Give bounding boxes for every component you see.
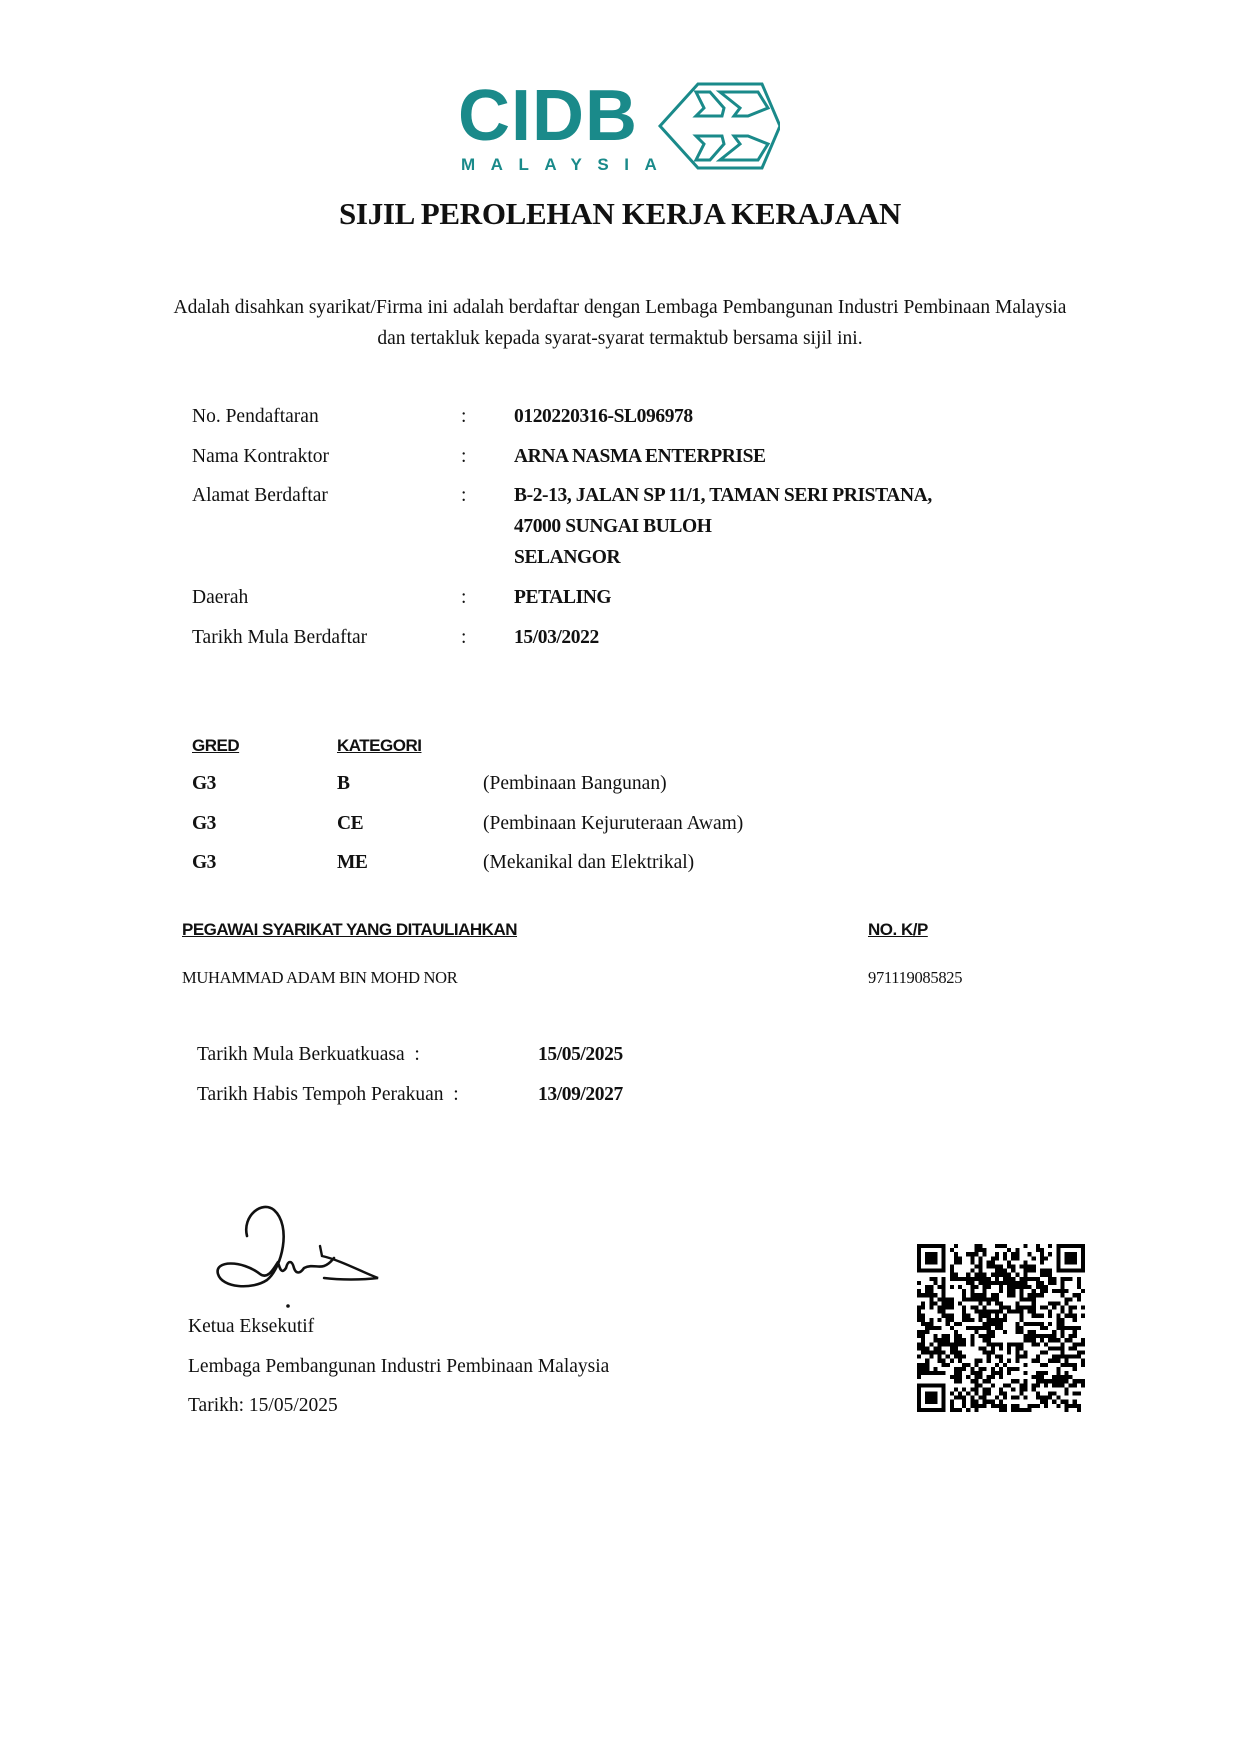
- grade-row-2-grade: G3: [192, 813, 216, 835]
- logo-emblem-icon: [660, 84, 780, 168]
- officer-header: PEGAWAI SYARIKAT YANG DITAULIAHKAN: [182, 920, 517, 940]
- signatory-position: Ketua Eksekutif: [188, 1316, 314, 1338]
- grade-row-3-category: ME: [337, 852, 367, 874]
- registration-no-label: No. Pendaftaran: [192, 406, 319, 428]
- logo-subtitle: MALAYSIA: [461, 155, 672, 174]
- colon: :: [461, 587, 466, 609]
- colon: :: [461, 446, 466, 468]
- grade-row-3-grade: G3: [192, 852, 216, 874]
- intro-paragraph: Adalah disahkan syarikat/Firma ini adala…: [160, 292, 1080, 354]
- colon: :: [461, 485, 466, 507]
- contractor-name-label: Nama Kontraktor: [192, 446, 329, 468]
- address-line-2: 47000 SUNGAI BULOH: [514, 516, 712, 538]
- grade-row-2-category: CE: [337, 813, 363, 835]
- grade-row-1-category: B: [337, 773, 350, 795]
- grade-row-3-description: (Mekanikal dan Elektrikal): [483, 852, 694, 874]
- signatory-date: Tarikh: 15/05/2025: [188, 1395, 338, 1417]
- grade-row-2-description: (Pembinaan Kejuruteraan Awam): [483, 813, 743, 835]
- grade-row-1-grade: G3: [192, 773, 216, 795]
- district-value: PETALING: [514, 587, 611, 609]
- validity-start-label: Tarikh Mula Berkuatkuasa :: [197, 1044, 420, 1066]
- grade-row-1-description: (Pembinaan Bangunan): [483, 773, 667, 795]
- category-header: KATEGORI: [337, 736, 421, 756]
- officer-id-no: 971119085825: [868, 968, 962, 988]
- logo-wordmark: CIDB: [458, 78, 638, 156]
- address-label: Alamat Berdaftar: [192, 485, 328, 507]
- registration-date-label: Tarikh Mula Berdaftar: [192, 627, 367, 649]
- officer-name: MUHAMMAD ADAM BIN MOHD NOR: [182, 968, 457, 988]
- certificate-title: SIJIL PEROLEHAN KERJA KERAJAAN: [0, 196, 1240, 232]
- cidb-logo: CIDB MALAYSIA: [458, 78, 780, 174]
- colon: :: [461, 627, 466, 649]
- registration-no-value: 0120220316-SL096978: [514, 406, 693, 428]
- address-line-1: B-2-13, JALAN SP 11/1, TAMAN SERI PRISTA…: [514, 485, 932, 507]
- registration-date-value: 15/03/2022: [514, 627, 599, 649]
- id-no-header: NO. K/P: [868, 920, 928, 940]
- contractor-name-value: ARNA NASMA ENTERPRISE: [514, 446, 766, 468]
- signature-image: [212, 1198, 392, 1308]
- colon: :: [461, 406, 466, 428]
- signatory-organization: Lembaga Pembangunan Industri Pembinaan M…: [188, 1356, 609, 1378]
- district-label: Daerah: [192, 587, 248, 609]
- address-line-3: SELANGOR: [514, 547, 620, 569]
- qr-code-icon[interactable]: [917, 1244, 1085, 1412]
- grade-header: GRED: [192, 736, 239, 756]
- validity-end-value: 13/09/2027: [538, 1084, 623, 1106]
- validity-end-label: Tarikh Habis Tempoh Perakuan :: [197, 1084, 459, 1106]
- validity-start-value: 15/05/2025: [538, 1044, 623, 1066]
